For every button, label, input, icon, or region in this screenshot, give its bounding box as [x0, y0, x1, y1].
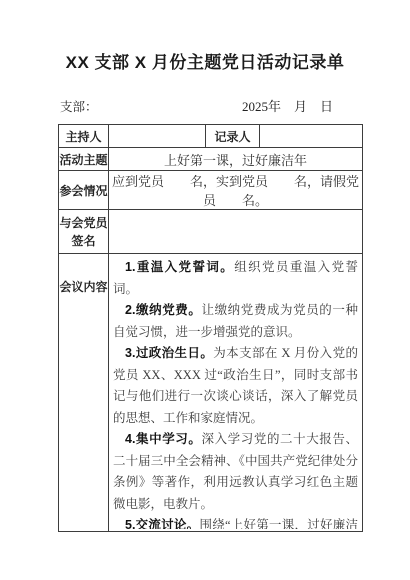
date-line: 2025年 月 日	[242, 96, 362, 115]
meeting-content-label: 会议内容	[59, 254, 109, 532]
content-paragraph: 3.过政治生日。为本支部在 X 月份入党的党员 XX、XXX 过“政治生日”，同…	[113, 343, 358, 429]
meeting-content-paragraphs: 1.重温入党誓词。组织党员重温入党誓词。2.缴纳党费。让缴纳党费成为党员的一种自…	[113, 257, 358, 529]
content-item-number-title: 1.重温入党誓词。	[125, 260, 234, 274]
content-paragraph: 5.交流讨论。围绕“上好第一课，过好廉洁年”结合自身工作实际，组织党员代表谈心得…	[113, 515, 358, 529]
recorder-label: 记录人	[206, 125, 260, 148]
branch-label: 支部：	[58, 97, 98, 115]
attendance-label: 参会情况	[59, 171, 109, 210]
row-signatures: 与会党员 签名	[59, 210, 363, 254]
signatures-label-line2: 签名	[59, 232, 108, 250]
signatures-label: 与会党员 签名	[59, 210, 109, 254]
branch-date-line: 支部： 2025年 月 日	[58, 96, 362, 115]
host-value-blank	[109, 125, 206, 148]
content-item-number-title: 5.交流讨论。	[125, 518, 199, 529]
host-label: 主持人	[59, 125, 109, 148]
recorder-value-blank	[260, 125, 363, 148]
topic-label: 活动主题	[59, 148, 109, 171]
row-attendance: 参会情况 应到党员 名，实到党员 名，请假党员 名。	[59, 171, 363, 210]
signatures-label-line1: 与会党员	[59, 214, 108, 232]
document-title: XX 支部 X 月份主题党日活动记录单	[0, 0, 410, 73]
record-table: 主持人 记录人 活动主题 上好第一课，过好廉洁年 参会情况 应到党员 名，实到党…	[58, 124, 363, 532]
content-item-number-title: 3.过政治生日。	[125, 346, 213, 360]
content-paragraph: 1.重温入党誓词。组织党员重温入党誓词。	[113, 257, 358, 300]
content-item-number-title: 4.集中学习。	[125, 432, 201, 446]
document-page: XX 支部 X 月份主题党日活动记录单 支部： 2025年 月 日 主持人 记录…	[0, 0, 410, 580]
row-host-recorder: 主持人 记录人	[59, 125, 363, 148]
row-topic: 活动主题 上好第一课，过好廉洁年	[59, 148, 363, 171]
content-item-number-title: 2.缴纳党费。	[125, 303, 201, 317]
signatures-value-blank	[109, 210, 363, 254]
content-paragraph: 2.缴纳党费。让缴纳党费成为党员的一种自觉习惯，进一步增强党的意识。	[113, 300, 358, 343]
topic-value: 上好第一课，过好廉洁年	[109, 148, 363, 171]
meeting-content-cell: 1.重温入党誓词。组织党员重温入党誓词。2.缴纳党费。让缴纳党费成为党员的一种自…	[109, 254, 363, 532]
row-meeting-content: 会议内容 1.重温入党誓词。组织党员重温入党誓词。2.缴纳党费。让缴纳党费成为党…	[59, 254, 363, 532]
content-paragraph: 4.集中学习。深入学习党的二十大报告、二十届三中全会精神、《中国共产党纪律处分条…	[113, 429, 358, 515]
attendance-value: 应到党员 名，实到党员 名，请假党员 名。	[109, 171, 363, 210]
